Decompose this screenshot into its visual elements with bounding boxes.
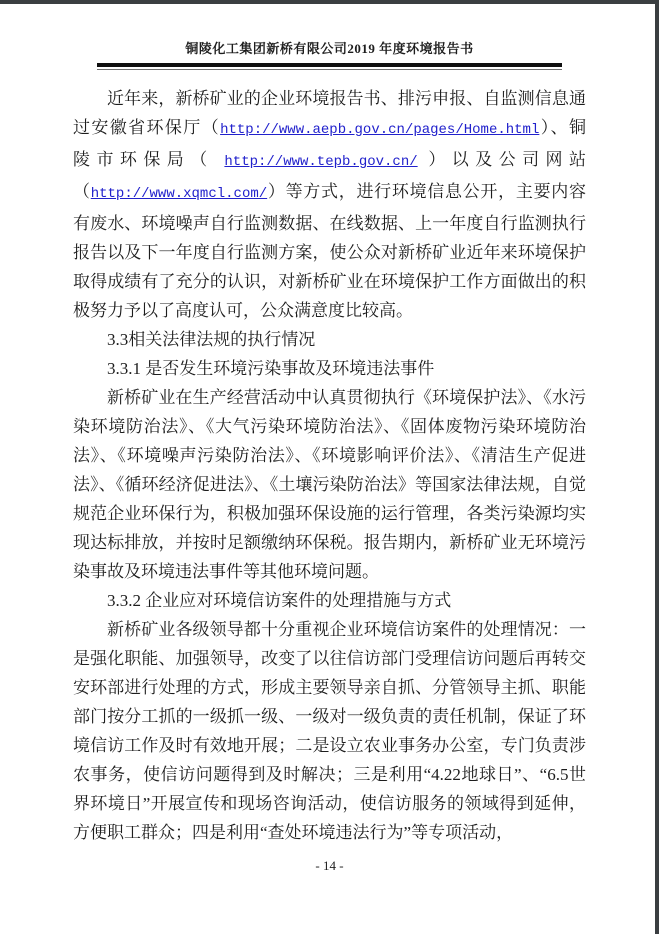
scan-edge-right bbox=[655, 0, 659, 934]
link-xqmcl[interactable]: http://www.xqmcl.com/ bbox=[91, 186, 267, 202]
paragraph-petition-handling: 新桥矿业各级领导都十分重视企业环境信访案件的处理情况：一是强化职能、加强领导，改… bbox=[73, 615, 586, 847]
heading-3-3: 3.3相关法律法规的执行情况 bbox=[73, 325, 586, 354]
heading-3-3-1: 3.3.1 是否发生环境污染事故及环境违法事件 bbox=[73, 354, 586, 383]
paragraph-info-disclosure: 近年来，新桥矿业的企业环境报告书、排污申报、自监测信息通过安徽省环保厅（http… bbox=[73, 84, 586, 325]
heading-3-3-2: 3.3.2 企业应对环境信访案件的处理措施与方式 bbox=[73, 586, 586, 615]
paragraph-text: ）等方式，进行环境信息公开，主要内容有废水、环境噪声自行监测数据、在线数据、上一… bbox=[73, 182, 586, 320]
paragraph-law-compliance: 新桥矿业在生产经营活动中认真贯彻执行《环境保护法》、《水污染环境防治法》、《大气… bbox=[73, 383, 586, 586]
scan-edge-top bbox=[0, 0, 659, 4]
link-tepb[interactable]: http://www.tepb.gov.cn/ bbox=[224, 154, 417, 170]
document-page: 铜陵化工集团新桥有限公司2019 年度环境报告书 近年来，新桥矿业的企业环境报告… bbox=[0, 0, 659, 934]
page-number: - 14 - bbox=[0, 858, 659, 874]
link-aepb[interactable]: http://www.aepb.gov.cn/pages/Home.html bbox=[220, 122, 539, 138]
header-title: 铜陵化工集团新桥有限公司2019 年度环境报告书 bbox=[20, 38, 639, 57]
header-rule bbox=[97, 63, 562, 70]
document-body: 近年来，新桥矿业的企业环境报告书、排污申报、自监测信息通过安徽省环保厅（http… bbox=[73, 84, 586, 847]
